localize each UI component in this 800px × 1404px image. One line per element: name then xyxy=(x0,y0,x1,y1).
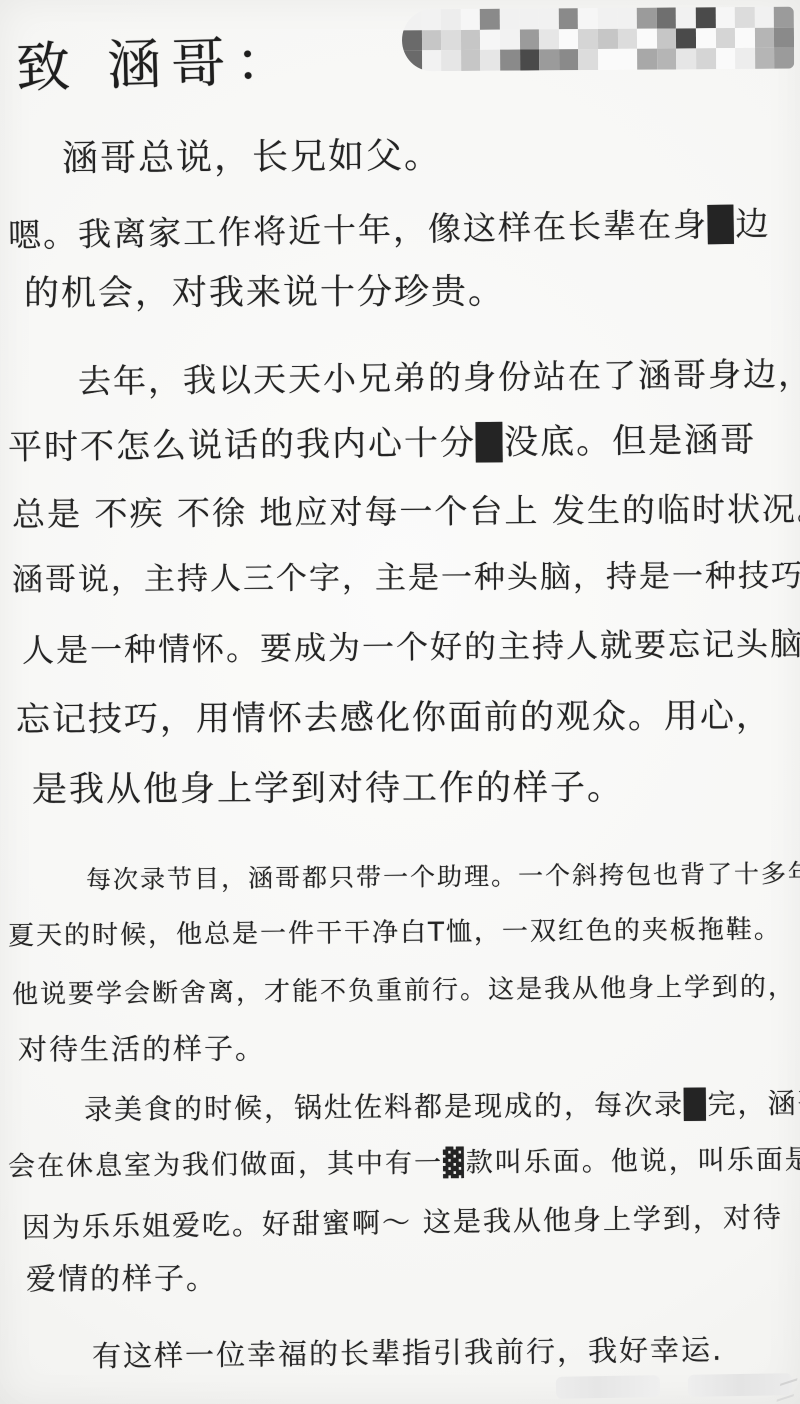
letter-line: 录美食的时候，锅灶佐料都是现成的，每次录█完，涵哥 xyxy=(84,1087,800,1127)
letter-salutation: 致 涵哥： xyxy=(15,18,300,102)
letter-line: 会在休息室为我们做面，其中有一▓款叫乐面。他说，叫乐面是 xyxy=(8,1144,800,1183)
letter-line: 总是 不疾 不徐 地应对每一个台上 发生的临时状况。 xyxy=(12,489,800,534)
letter-line: 他说要学会断舍离，才能不负重前行。这是我从他身上学到的， xyxy=(12,972,796,1011)
letter-line: 的机会，对我来说十分珍贵。 xyxy=(24,271,505,315)
watermark-blur-left xyxy=(556,1375,660,1399)
letter-line: 有这样一位幸福的长辈指引我前行，我好幸运. xyxy=(92,1333,724,1374)
censored-mosaic-region xyxy=(402,7,794,72)
letter-line: 因为乐乐姐爱吃。好甜蜜啊～ 这是我从他身上学到，对待 xyxy=(22,1201,783,1245)
letter-line: 爱情的样子。 xyxy=(26,1262,218,1299)
watermark-blur-right xyxy=(688,1373,792,1397)
letter-line: 忘记技巧，用情怀去感化你面前的观众。用心， xyxy=(16,696,772,741)
letter-line: 夏天的时候，他总是一件干干净白T恤，一双红色的夹板拖鞋。 xyxy=(8,915,782,953)
letter-line: 对待生活的样子。 xyxy=(18,1032,266,1068)
letter-line: 涵哥总说，长兄如父。 xyxy=(62,134,442,181)
letter-paper: 致 涵哥： 涵哥总说，长兄如父。 嗯。我离家工作将近十年，像这样在长辈在身█边 … xyxy=(0,0,800,1404)
letter-line: 每次录节目，涵哥都只带一个助理。一个斜挎包也背了十多年。 xyxy=(86,859,800,896)
letter-line: 去年，我以天天小兄弟的身份站在了涵哥身边， xyxy=(78,354,800,401)
letter-line: 人是一种情怀。要成为一个好的主持人就要忘记头脑， xyxy=(22,624,800,670)
letter-line: 平时不怎么说话的我内心十分█没底。但是涵哥 xyxy=(8,420,757,469)
letter-line: 涵哥说，主持人三个字，主是一种头脑，持是一种技巧， xyxy=(12,558,800,600)
letter-line: 是我从他身上学到对待工作的样子。 xyxy=(32,767,624,811)
letter-line: 嗯。我离家工作将近十年，像这样在长辈在身█边 xyxy=(8,204,771,256)
